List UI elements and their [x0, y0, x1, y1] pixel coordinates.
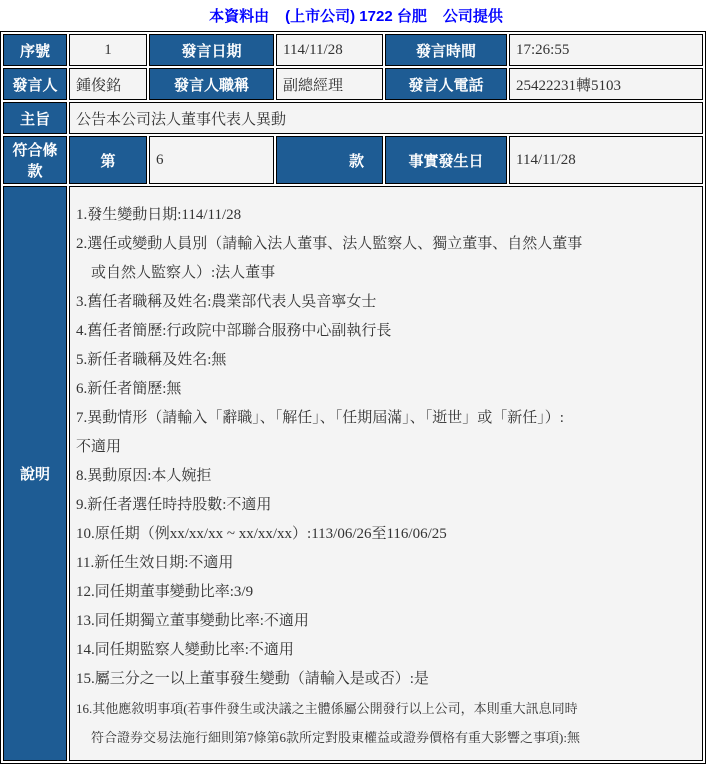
description-line: 6.新任者簡歷:無: [76, 375, 696, 404]
page-title-prefix: 本資料由: [209, 5, 269, 26]
speaker-phone-value: 25422231轉5103: [509, 68, 703, 100]
description-line: 15.屬三分之一以上董事發生變動（請輸入是或否）:是: [76, 665, 696, 694]
table-row-article: 符合條款 第 6 款 事實發生日 114/11/28: [3, 136, 703, 184]
subject-label: 主旨: [3, 102, 67, 134]
description-line: 10.原任期（例xx/xx/xx ~ xx/xx/xx）:113/06/26至1…: [76, 520, 696, 549]
seq-label: 序號: [3, 34, 67, 66]
description-line: 9.新任者選任時持股數:不適用: [76, 491, 696, 520]
fact-date-value: 114/11/28: [509, 136, 703, 184]
speaker-value: 鍾俊銘: [69, 68, 147, 100]
speaker-title-label: 發言人職稱: [149, 68, 274, 100]
description-label: 說明: [3, 186, 67, 761]
description-line: 1.發生變動日期:114/11/28: [76, 201, 696, 230]
table-row-subject: 主旨 公告本公司法人董事代表人異動: [3, 102, 703, 134]
description-line: 4.舊任者簡歷:行政院中部聯合服務中心副執行長: [76, 317, 696, 346]
announcement-table: 序號 1 發言日期 114/11/28 發言時間 17:26:55 發言人 鍾俊…: [0, 31, 706, 764]
description-line: 5.新任者職稱及姓名:無: [76, 346, 696, 375]
table-row-description: 說明 1.發生變動日期:114/11/282.選任或變動人員別（請輸入法人董事、…: [3, 186, 703, 761]
description-line: 或自然人監察人）:法人董事: [76, 259, 696, 288]
description-lines: 1.發生變動日期:114/11/282.選任或變動人員別（請輸入法人董事、法人監…: [69, 186, 703, 761]
page-title-suffix: 公司提供: [443, 5, 503, 26]
description-line: 符合證券交易法施行細則第7條第6款所定對股東權益或證券價格有重大影響之事項):無: [76, 723, 696, 752]
description-line: 12.同任期董事變動比率:3/9: [76, 578, 696, 607]
speaker-label: 發言人: [3, 68, 67, 100]
page-title: 本資料由 (上市公司) 1722 台肥 公司提供: [0, 0, 712, 31]
description-line: 不適用: [76, 433, 696, 462]
table-row-speaker: 發言人 鍾俊銘 發言人職稱 副總經理 發言人電話 25422231轉5103: [3, 68, 703, 100]
article-number-value: 6: [149, 136, 274, 184]
article-label: 符合條款: [3, 136, 67, 184]
table-row-basic: 序號 1 發言日期 114/11/28 發言時間 17:26:55: [3, 34, 703, 66]
description-line: 3.舊任者職稱及姓名:農業部代表人吳音寧女士: [76, 288, 696, 317]
description-line: 14.同任期監察人變動比率:不適用: [76, 636, 696, 665]
article-di-label: 第: [69, 136, 147, 184]
announce-time-value: 17:26:55: [509, 34, 703, 66]
description-line: 13.同任期獨立董事變動比率:不適用: [76, 607, 696, 636]
article-kuan-label: 款: [276, 136, 383, 184]
description-line: 11.新任生效日期:不適用: [76, 549, 696, 578]
speaker-phone-label: 發言人電話: [385, 68, 507, 100]
speaker-title-value: 副總經理: [276, 68, 383, 100]
subject-value: 公告本公司法人董事代表人異動: [69, 102, 703, 134]
description-line: 2.選任或變動人員別（請輸入法人董事、法人監察人、獨立董事、自然人董事: [76, 230, 696, 259]
description-line: 8.異動原因:本人婉拒: [76, 462, 696, 491]
fact-date-label: 事實發生日: [385, 136, 507, 184]
page-title-company: (上市公司) 1722 台肥: [285, 5, 427, 26]
announce-date-label: 發言日期: [149, 34, 274, 66]
description-line: 16.其他應敘明事項(若事件發生或決議之主體係屬公開發行以上公司，本則重大訊息同…: [76, 694, 696, 723]
announce-date-value: 114/11/28: [276, 34, 383, 66]
seq-value: 1: [69, 34, 147, 66]
announce-time-label: 發言時間: [385, 34, 507, 66]
description-line: 7.異動情形（請輸入「辭職」、「解任」、「任期屆滿」、「逝世」或「新任」）:: [76, 404, 696, 433]
